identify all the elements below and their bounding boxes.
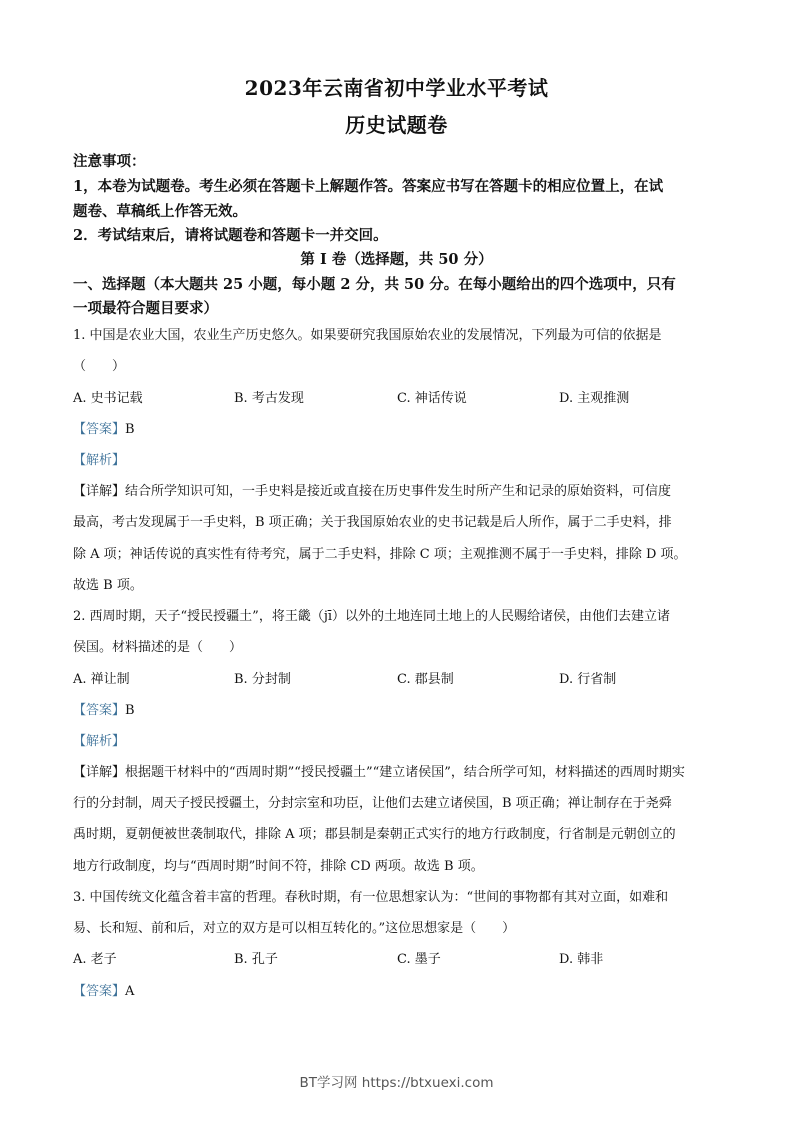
section-title: 第 I 卷（选择题，共 50 分）: [0, 248, 793, 269]
question-3-stem-line: 易、长和短、前和后，对立的双方是可以相互转化的。”这位思想家是（ ）: [73, 917, 515, 936]
question-3-stem: 3. 中国传统文化蕴含着丰富的哲理。春秋时期，有一位思想家认为：“世间的事物都有…: [73, 886, 668, 905]
question-3-option-c: C. 墨子: [397, 948, 441, 967]
question-1-answer: 【答案】B: [73, 418, 135, 437]
answer-value: A: [125, 984, 134, 999]
question-2-detail-line: 禹时期，夏朝便被世袭制取代，排除 A 项；郡县制是秦朝正式实行的地方行政制度，行…: [73, 823, 676, 842]
document-subtitle: 历史试题卷: [0, 109, 793, 138]
question-3-option-b: B. 孔子: [234, 948, 278, 967]
question-1-option-c: C. 神话传说: [397, 387, 467, 406]
question-2-stem-line: 侯国。材料描述的是（ ）: [73, 636, 242, 655]
notice-heading: 注意事项：: [73, 150, 146, 171]
question-2-option-d: D. 行省制: [559, 668, 616, 687]
question-2-detail-line: 行的分封制，周天子授民授疆土，分封宗室和功臣，让他们去建立诸侯国，B 项正确；禅…: [73, 792, 672, 811]
question-2-option-c: C. 郡县制: [397, 668, 454, 687]
answer-value: B: [125, 422, 135, 437]
part-instructions: 一项最符合题目要求）: [73, 297, 218, 318]
question-1-detail-line: 故选 B 项。: [73, 574, 143, 593]
question-1-detail: 【详解】结合所学知识可知，一手史料是接近或直接在历史事件发生时所产生和记录的原始…: [73, 480, 671, 499]
question-2-answer: 【答案】B: [73, 699, 135, 718]
question-3-answer: 【答案】A: [73, 980, 134, 999]
question-3-option-a: A. 老子: [73, 948, 117, 967]
answer-value: B: [125, 703, 135, 718]
question-3-option-d: D. 韩非: [559, 948, 603, 967]
notice-item: 题卷、草稿纸上作答无效。: [73, 200, 247, 221]
answer-label: 【答案】: [73, 422, 125, 437]
question-2-detail-line: 地方行政制度，均与“西周时期”时间不符，排除 CD 两项。故选 B 项。: [73, 855, 484, 874]
exam-page: 2023年云南省初中学业水平考试 历史试题卷 注意事项： 1，本卷为试题卷。考生…: [0, 0, 793, 1122]
question-1-option-b: B. 考古发现: [234, 387, 304, 406]
question-1-stem: 1. 中国是农业大国，农业生产历史悠久。如果要研究我国原始农业的发展情况，下列最…: [73, 324, 662, 343]
notice-item: 1，本卷为试题卷。考生必须在答题卡上解题作答。答案应书写在答题卡的相应位置上，在…: [73, 175, 663, 196]
question-1-option-d: D. 主观推测: [559, 387, 629, 406]
question-2-analysis-label: 【解析】: [73, 730, 125, 749]
detail-label: 【详解】: [73, 484, 125, 499]
question-2-option-a: A. 禅让制: [73, 668, 130, 687]
answer-label: 【答案】: [73, 984, 125, 999]
question-1-option-a: A. 史书记载: [73, 387, 143, 406]
notice-item: 2．考试结束后，请将试题卷和答题卡一并交回。: [73, 224, 388, 245]
question-2-option-b: B. 分封制: [234, 668, 291, 687]
question-1-analysis-label: 【解析】: [73, 449, 125, 468]
watermark-footer: BT学习网 https://btxuexi.com: [0, 1071, 793, 1091]
question-1-blank: （ ）: [73, 355, 125, 374]
answer-label: 【答案】: [73, 703, 125, 718]
question-1-detail-line: 除 A 项；神话传说的真实性有待考究，属于二手史料，排除 C 项；主观推测不属于…: [73, 543, 687, 562]
question-1-detail-line: 最高，考古发现属于一手史料，B 项正确；关于我国原始农业的史书记载是后人所作，属…: [73, 511, 672, 530]
detail-label: 【详解】: [73, 765, 125, 780]
question-2-detail: 【详解】根据题干材料中的“西周时期”“授民授疆土”“建立诸侯国”，结合所学可知，…: [73, 761, 685, 780]
part-instructions: 一、选择题（本大题共 25 小题，每小题 2 分，共 50 分。在每小题给出的四…: [73, 273, 676, 294]
document-title: 2023年云南省初中学业水平考试: [0, 72, 793, 101]
question-2-stem: 2. 西周时期，天子“授民授疆土”，将王畿（jī）以外的土地连同土地上的人民赐给…: [73, 605, 670, 624]
